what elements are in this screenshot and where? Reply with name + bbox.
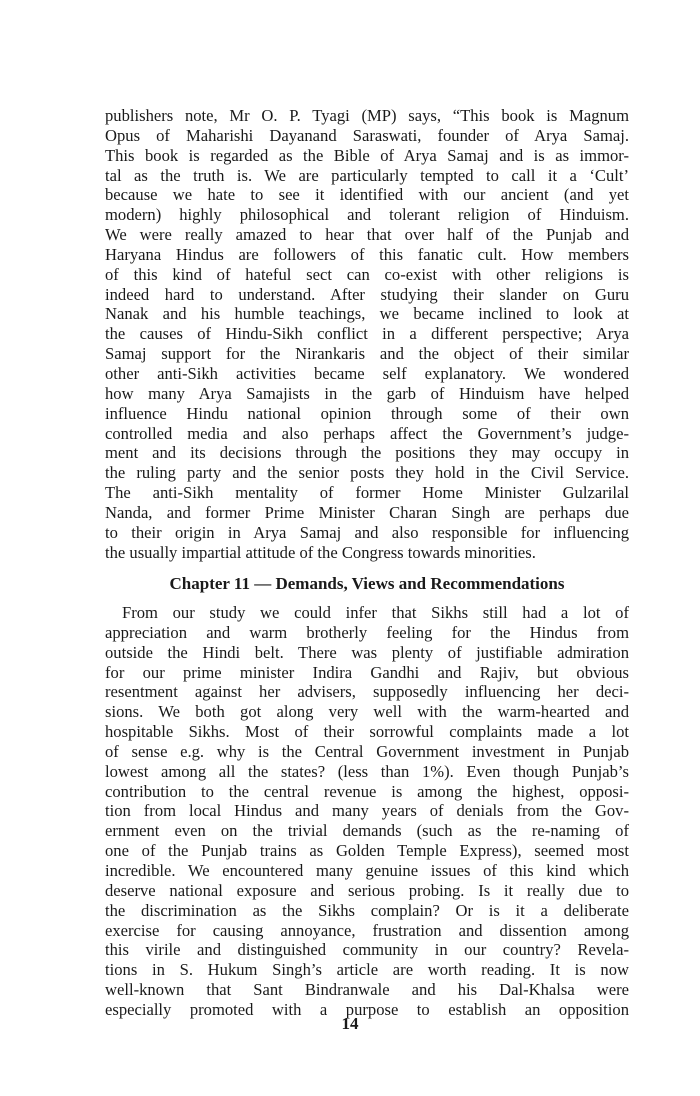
text-line: modern) highly philosophical and toleran… [105,205,629,225]
text-line: the discrimination as the Sikhs complain… [105,901,629,921]
text-line: We were really amazed to hear that over … [105,225,629,245]
text-line: other anti-Sikh activities became self e… [105,364,629,384]
text-line: influence Hindu national opinion through… [105,404,629,424]
text-line: how many Arya Samajists in the garb of H… [105,384,629,404]
page-body: publishers note, Mr O. P. Tyagi (MP) say… [105,106,629,562]
text-line: Nanak and his humble teachings, we becam… [105,304,629,324]
text-line: incredible. We encountered many genuine … [105,861,629,881]
text-line: lowest among all the states? (less than … [105,762,629,782]
text-line: one of the Punjab trains as Golden Templ… [105,841,629,861]
text-line: of this kind of hateful sect can co-exis… [105,265,629,285]
text-line: resentment against her advisers, suppose… [105,682,629,702]
text-line: well-known that Sant Bindranwale and his… [105,980,629,1000]
text-line: indeed hard to understand. After studyin… [105,285,629,305]
text-line: tal as the truth is. We are particularly… [105,166,629,186]
text-line: this virile and distinguished community … [105,940,629,960]
text-line: ment and its decisions through the posit… [105,443,629,463]
text-line: exercise for causing annoyance, frustrat… [105,921,629,941]
text-line: controlled media and also perhaps affect… [105,424,629,444]
text-line: Samaj support for the Nirankaris and the… [105,344,629,364]
text-line: The anti-Sikh mentality of former Home M… [105,483,629,503]
text-line: the causes of Hindu-Sikh conflict in a d… [105,324,629,344]
paragraph-2: From our study we could infer that Sikhs… [105,603,629,1020]
chapter-heading: Chapter 11 — Demands, Views and Recommen… [105,574,629,594]
page-number: 14 [0,1014,700,1034]
text-line: because we hate to see it identified wit… [105,185,629,205]
text-line: the ruling party and the senior posts th… [105,463,629,483]
text-line: the usually impartial attitude of the Co… [105,543,629,563]
text-line: tion from local Hindus and many years of… [105,801,629,821]
text-line: appreciation and warm brotherly feeling … [105,623,629,643]
text-line: deserve national exposure and serious pr… [105,881,629,901]
text-line: Haryana Hindus are followers of this fan… [105,245,629,265]
text-line: ernment even on the trivial demands (suc… [105,821,629,841]
text-line: contribution to the central revenue is a… [105,782,629,802]
text-line: sions. We both got along very well with … [105,702,629,722]
paragraph-1: publishers note, Mr O. P. Tyagi (MP) say… [105,106,629,562]
text-line: to their origin in Arya Samaj and also r… [105,523,629,543]
text-line: publishers note, Mr O. P. Tyagi (MP) say… [105,106,629,126]
text-line: hospitable Sikhs. Most of their sorrowfu… [105,722,629,742]
text-line: This book is regarded as the Bible of Ar… [105,146,629,166]
text-line: tions in S. Hukum Singh’s article are wo… [105,960,629,980]
text-line: From our study we could infer that Sikhs… [105,603,629,623]
text-line: Opus of Maharishi Dayanand Saraswati, fo… [105,126,629,146]
text-line: of sense e.g. why is the Central Governm… [105,742,629,762]
text-line: Nanda, and former Prime Minister Charan … [105,503,629,523]
text-line: outside the Hindi belt. There was plenty… [105,643,629,663]
text-line: for our prime minister Indira Gandhi and… [105,663,629,683]
